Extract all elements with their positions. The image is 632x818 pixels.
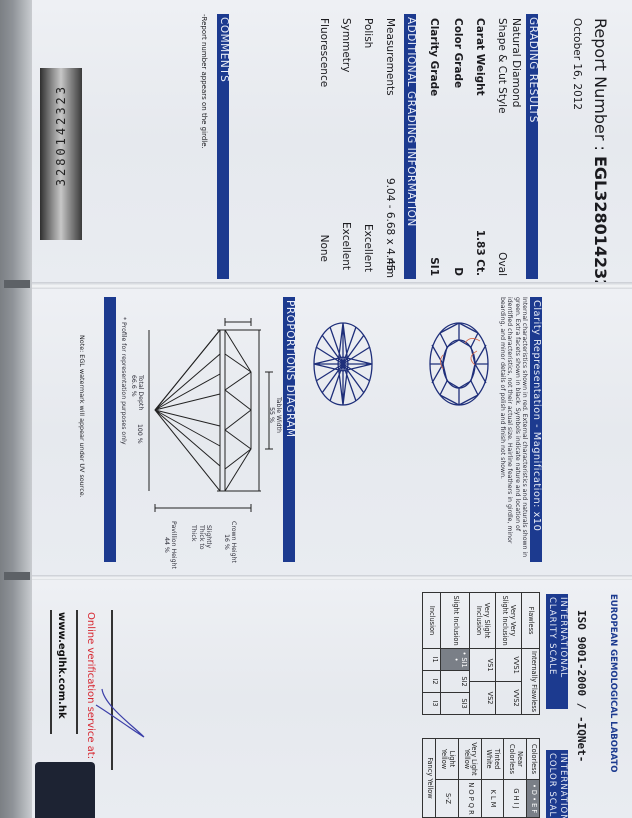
color-group-name: Fancy Yellow — [423, 739, 436, 818]
lab-title: EUROPEAN GEMOLOGICAL LABORATO — [608, 594, 618, 773]
clarity-group-name: Slight Inclusion — [441, 593, 470, 649]
report-date: October 16, 2012 — [571, 18, 583, 110]
grading-value: 1.83 Ct. — [474, 230, 486, 276]
comments-text: -Report number appears on the girdle. — [200, 14, 208, 149]
table-width-label: Table Width55 % — [267, 397, 282, 433]
color-group-name: Tinted White — [481, 739, 504, 780]
pavilion-plot-diagram — [312, 321, 374, 407]
color-grades: • D • E F — [526, 780, 539, 818]
clarity-group-name: Very Slight Inclusion — [469, 593, 495, 649]
color-grades: G H I J — [504, 780, 527, 818]
certificate-document: Report Number : EGL3280142323 October 16… — [0, 0, 632, 818]
color-group-row: Fancy Yellow — [423, 739, 436, 818]
clarity-group-name: Flawless — [521, 593, 539, 649]
color-grades: S-Z — [436, 780, 459, 818]
clarity-group-row: Slight Inclusion• SI1 •SI2SI3 — [441, 593, 470, 715]
girdle-thickness-label: Slightly Thick to Thick — [190, 525, 212, 563]
clarity-grade: SI2 — [441, 670, 469, 692]
clarity-grade: VVS1 — [496, 649, 521, 681]
panel-grading: Report Number : EGL3280142323 October 16… — [32, 0, 632, 282]
color-group-row: Near ColorlessG H I J — [504, 739, 527, 818]
grading-value: D — [452, 267, 464, 276]
additional-label: Measurements — [384, 18, 396, 96]
report-number-value: EGL3280142323 — [591, 156, 610, 302]
color-group-row: Very Light YellowN O P Q R — [458, 739, 481, 818]
report-number-label: Report Number : — [591, 18, 610, 156]
clarity-grade: I1 — [423, 649, 440, 670]
verification-label: Online verification service at: — [85, 612, 96, 759]
girdle-inscription-text: 3280142323 — [54, 84, 68, 186]
scanner-edge-strip — [0, 0, 32, 818]
total-depth-label: Total Depth66.6 % — [129, 375, 144, 410]
clarity-grades: • SI1 •SI2SI3 — [441, 649, 470, 715]
clarity-grades: VVS1VVS2 — [495, 649, 521, 715]
color-group-name: Very Light Yellow — [458, 739, 481, 780]
additional-label: Fluorescence — [318, 18, 330, 87]
color-group-row: Colorless• D • E F — [526, 739, 539, 818]
color-scale-header: INTERNATIONCOLOR SCAL — [546, 750, 568, 818]
clarity-grade: I2 — [423, 670, 440, 692]
proportions-profile-diagram — [145, 314, 277, 554]
clarity-scale-header: INTERNATIONALCLARITY SCALE — [546, 594, 568, 709]
grading-value: Oval — [496, 252, 508, 276]
crown-height-label: Crown Height16 % — [222, 521, 237, 563]
clarity-group-row: Very Slight InclusionVS1VS2 — [469, 593, 495, 715]
clarity-representation-header: Clarity Representation - Magnification: … — [530, 297, 542, 562]
color-grades: N O P Q R — [458, 780, 481, 818]
clarity-grades: Internally Flawless — [521, 649, 539, 715]
color-grades: K L M — [481, 780, 504, 818]
hologram-sticker — [35, 762, 95, 818]
measurement-unit: mm — [384, 258, 396, 278]
girdle-inscription-photo: 3280142323 — [40, 68, 82, 240]
signature-icon — [92, 685, 152, 745]
pavilion-height-label: Pavillion Height44 % — [162, 521, 177, 569]
clarity-group-row: Very Very Slight InclusionVVS1VVS2 — [495, 593, 521, 715]
proportions-footer-bar — [104, 297, 116, 562]
grading-label: Natural Diamond — [510, 18, 522, 107]
grading-label: Carat Weight — [474, 18, 486, 96]
grading-label: Shape & Cut Style — [496, 18, 508, 114]
clarity-group-row: FlawlessInternally Flawless — [521, 593, 539, 715]
clarity-group-row: InclusionI1I2I3 — [423, 593, 441, 715]
iso-certification: ISO 9001-2000 / -IQNet- — [575, 610, 588, 762]
color-group-name: Colorless — [526, 739, 539, 780]
panel-diagrams: EUROPEAN GEMOLOGICAL E.G.L. LABORATORY C… — [32, 289, 632, 576]
proportions-diagram-header: PROPORTIONS DIAGRAM — [283, 297, 295, 562]
clarity-grades: I1I2I3 — [423, 649, 441, 715]
crown-plot-diagram — [428, 321, 490, 407]
panel-scales: EUROPEAN GEMOLOGICAL LABORATO ISO 9001-2… — [32, 580, 632, 818]
report-number: Report Number : EGL3280142323 — [591, 18, 610, 302]
color-group-name: Near Colorless — [504, 739, 527, 780]
clarity-grade: VS1 — [470, 649, 495, 681]
additional-grading-header: ADDITIONAL GRADING INFORMATION — [404, 14, 416, 279]
clarity-grades: VS1VS2 — [469, 649, 495, 715]
strip-notch — [4, 572, 30, 580]
clarity-grade: VVS2 — [496, 681, 521, 714]
grading-results-header: GRADING RESULTS — [526, 14, 538, 279]
clarity-grade: SI3 — [441, 692, 469, 714]
additional-label: Symmetry — [340, 18, 352, 72]
grading-label: Clarity Grade — [428, 18, 440, 96]
color-scale-table: Colorless• D • E FNear ColorlessG H I JT… — [422, 738, 540, 818]
verification-url[interactable]: www.eglhk.com.hk — [56, 612, 67, 719]
clarity-representation-description: Internal characteristics shown in red. E… — [498, 297, 528, 559]
clarity-grade: • SI1 • — [441, 649, 469, 670]
clarity-group-name: Very Very Slight Inclusion — [495, 593, 521, 649]
grading-value: SI1 — [428, 257, 440, 276]
clarity-group-name: Inclusion — [423, 593, 441, 649]
color-group-row: Tinted WhiteK L M — [481, 739, 504, 818]
color-group-row: Light YellowS-Z — [436, 739, 459, 818]
clarity-grade: VS2 — [470, 681, 495, 714]
additional-label: Polish — [362, 18, 374, 48]
grading-label: Color Grade — [452, 18, 464, 88]
uv-watermark-note: Note: EGL watermark will appear under UV… — [78, 335, 86, 498]
diameter-label: 100 % — [136, 424, 143, 444]
color-group-name: Light Yellow — [436, 739, 459, 780]
additional-value: Excellent — [340, 222, 352, 270]
verification-rule-top — [77, 610, 79, 734]
strip-notch — [4, 280, 30, 288]
proportions-footnote: * Profile for representation purposes on… — [120, 317, 127, 445]
clarity-grade: I3 — [423, 692, 440, 714]
clarity-grade: Internally Flawless — [522, 649, 539, 714]
additional-value: Excellent — [362, 224, 374, 272]
verification-rule-bottom — [51, 610, 53, 734]
clarity-scale-table: FlawlessInternally FlawlessVery Very Sli… — [422, 592, 540, 715]
additional-value: None — [318, 235, 330, 262]
comments-header: COMMENTS — [217, 14, 229, 279]
